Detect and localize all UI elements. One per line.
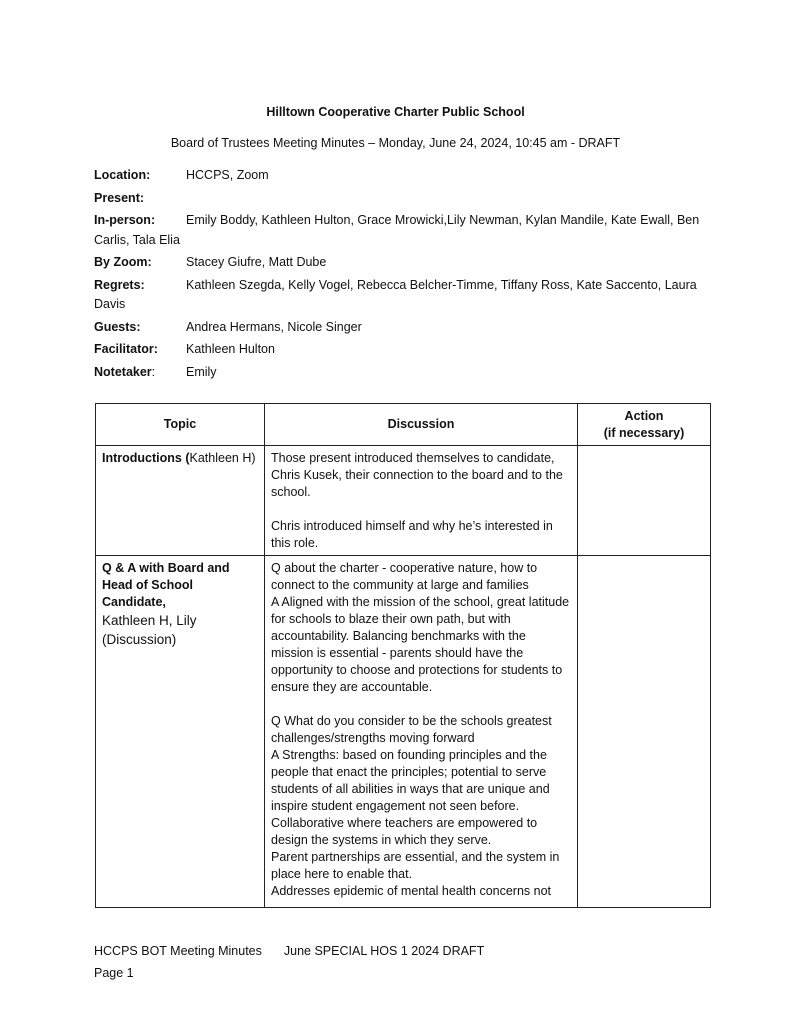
- header-action: Action (if necessary): [578, 404, 711, 446]
- action-cell: [578, 556, 711, 908]
- table-row: Q & A with Board and Head of School Cand…: [96, 556, 711, 908]
- discussion-paragraph: Those present introduced themselves to c…: [271, 450, 571, 501]
- header-action-note: (if necessary): [582, 425, 706, 442]
- notetaker-row: Notetaker:Emily: [94, 363, 714, 383]
- footer-line: HCCPS BOT Meeting MinutesJune SPECIAL HO…: [94, 940, 484, 962]
- footer-version: June SPECIAL HOS 1 2024 DRAFT: [284, 944, 484, 958]
- minutes-table: Topic Discussion Action (if necessary) I…: [95, 403, 711, 908]
- paragraph-spacer: [271, 696, 571, 713]
- by-zoom-label: By Zoom:: [94, 253, 186, 273]
- discussion-paragraph: Collaborative where teachers are empower…: [271, 815, 571, 849]
- discussion-answer: A Strengths: based on founding principle…: [271, 747, 571, 815]
- page-number: Page 1: [94, 962, 484, 984]
- location-value: HCCPS, Zoom: [186, 168, 269, 182]
- present-label: Present:: [94, 189, 186, 209]
- by-zoom-row: By Zoom:Stacey Giufre, Matt Dube: [94, 253, 714, 273]
- document-title: Hilltown Cooperative Charter Public Scho…: [0, 105, 791, 119]
- table-row: Introductions (Kathleen H) Those present…: [96, 446, 711, 556]
- meeting-metadata: Location:HCCPS, Zoom Present: In-person:…: [94, 166, 714, 385]
- header-discussion: Discussion: [265, 404, 578, 446]
- discussion-paragraph: Parent partnerships are essential, and t…: [271, 849, 571, 883]
- regrets-row: Regrets:Kathleen Szegda, Kelly Vogel, Re…: [94, 276, 714, 315]
- discussion-paragraph: Addresses epidemic of mental health conc…: [271, 883, 571, 900]
- present-row: Present:: [94, 189, 714, 209]
- discussion-question: Q What do you consider to be the schools…: [271, 713, 571, 747]
- discussion-cell: Those present introduced themselves to c…: [265, 446, 578, 556]
- in-person-label: In-person:: [94, 211, 186, 231]
- header-action-title: Action: [582, 408, 706, 425]
- in-person-row: In-person:Emily Boddy, Kathleen Hulton, …: [94, 211, 714, 250]
- discussion-answer: A Aligned with the mission of the school…: [271, 594, 571, 696]
- page-footer: HCCPS BOT Meeting MinutesJune SPECIAL HO…: [94, 940, 484, 984]
- guests-value: Andrea Hermans, Nicole Singer: [186, 320, 362, 334]
- notetaker-label-text: Notetaker: [94, 365, 152, 379]
- topic-cell: Q & A with Board and Head of School Cand…: [96, 556, 265, 908]
- topic-facilitator: Kathleen H, Lily (Discussion): [102, 611, 258, 649]
- notetaker-value: Emily: [186, 365, 217, 379]
- facilitator-label: Facilitator:: [94, 340, 186, 360]
- by-zoom-value: Stacey Giufre, Matt Dube: [186, 255, 326, 269]
- paragraph-spacer: [271, 501, 571, 518]
- guests-label: Guests:: [94, 318, 186, 338]
- notetaker-label-colon: :: [152, 365, 155, 379]
- table-header-row: Topic Discussion Action (if necessary): [96, 404, 711, 446]
- facilitator-value: Kathleen Hulton: [186, 342, 275, 356]
- topic-facilitator: Kathleen H): [190, 451, 256, 465]
- discussion-question: Q about the charter - cooperative nature…: [271, 560, 571, 594]
- location-label: Location:: [94, 166, 186, 186]
- discussion-cell: Q about the charter - cooperative nature…: [265, 556, 578, 908]
- topic-cell: Introductions (Kathleen H): [96, 446, 265, 556]
- action-cell: [578, 446, 711, 556]
- regrets-label: Regrets:: [94, 276, 186, 296]
- facilitator-row: Facilitator:Kathleen Hulton: [94, 340, 714, 360]
- guests-row: Guests:Andrea Hermans, Nicole Singer: [94, 318, 714, 338]
- document-subtitle: Board of Trustees Meeting Minutes – Mond…: [0, 136, 791, 150]
- topic-title: Q & A with Board and Head of School Cand…: [102, 560, 258, 611]
- notetaker-label: Notetaker:: [94, 363, 186, 383]
- location-row: Location:HCCPS, Zoom: [94, 166, 714, 186]
- footer-document-name: HCCPS BOT Meeting Minutes: [94, 944, 262, 958]
- topic-title: Introductions (: [102, 451, 190, 465]
- header-topic: Topic: [96, 404, 265, 446]
- discussion-paragraph: Chris introduced himself and why he’s in…: [271, 518, 571, 552]
